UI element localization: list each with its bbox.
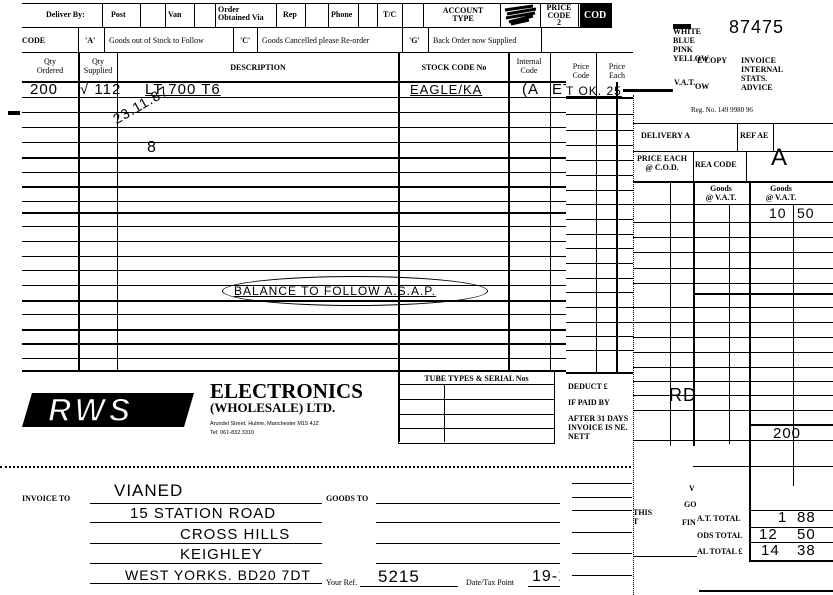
stock-code-value: EAGLE/KA [410,82,482,97]
qty-ordered-header-2: Ordered [22,66,78,75]
code-g-text: Back Order now Supplied [433,36,516,45]
row-line [566,336,636,337]
row-line [699,590,833,592]
area-code-value: A [771,150,788,165]
row-line [572,483,632,484]
row-line [633,237,833,238]
row-line [633,381,833,382]
row-line [633,307,833,308]
row-line [566,322,636,323]
row-line [633,410,833,411]
after-days-label: AFTER 31 DAYS [568,414,628,423]
vat-total-pounds: 1 [778,510,787,525]
address-line [90,522,322,523]
rws-logo: RWS RWS [18,390,198,430]
price-code-header-2: Code [566,71,596,80]
price-code-2-label-3: 2 [541,18,577,27]
invoice-number: 87475 [729,17,784,38]
header-divider [328,3,329,27]
delivery-label: DELIVERY A [641,131,690,140]
header-divider [423,3,424,27]
code-divider [104,27,105,52]
goods-to-line [376,563,566,564]
row-line [566,145,636,146]
v-label: V [689,484,695,493]
svg-text:RWS: RWS [48,392,134,428]
header-bottom-border [22,27,612,28]
deliver-by-label: Deliver By: [46,10,85,19]
row-line [633,352,833,353]
goods-pence: 50 [797,206,815,221]
right-copy: WHITE BLUE PINK YELLOW E COPY V.A.T. OW … [633,0,833,595]
col-line [78,52,80,370]
goods-total-label: ODS TOTAL [697,531,743,540]
internal-code-value: (A [522,82,539,97]
row-line [572,532,632,533]
row-line [572,575,632,576]
invoice-to-line-1: VIANED [114,483,183,498]
row-line [566,114,636,115]
row-line [633,151,833,152]
tear-line [0,466,635,468]
row-line [633,268,833,269]
row-line [22,270,567,271]
row-line [633,222,833,223]
row-line [566,130,636,131]
copy-pink: PINK [673,45,693,54]
row-line [566,372,636,374]
row-line [22,186,567,188]
code-divider [233,27,234,52]
col-line [693,181,695,446]
final-total-pounds: 14 [761,543,780,558]
vat-total-pence: 88 [797,510,816,525]
internal-code-header-2: Code [509,66,549,75]
row-line [633,440,833,441]
after-days-label-3: NETT [568,432,590,441]
row-line [633,123,833,124]
address-line [90,543,322,544]
row-line [399,414,554,415]
row-line [22,112,567,113]
code-row-bottom-border [22,52,567,53]
row-line [22,157,567,159]
row-line [22,226,567,227]
middle-totals-strip [560,470,632,595]
row-line [22,142,567,143]
row-line [633,556,697,557]
stock-code-header: STOCK CODE No [400,63,508,72]
col-line [693,151,694,181]
address-line [90,583,322,584]
invoice-to-line-2: 15 STATION ROAD [130,506,276,521]
extra-value: 200 [773,426,801,441]
invoice-to-line-4: KEIGHLEY [180,547,263,562]
row-line [22,172,567,173]
row-line [566,248,636,249]
address-line [90,563,322,564]
row-line [22,343,567,345]
header-divider [500,3,501,27]
row-line [633,395,833,396]
fin-label: FIN [682,518,696,527]
ref-label: REF AE [740,131,768,140]
row-line [566,175,636,176]
col-line [508,52,510,370]
price-code-1-scribble-icon [503,4,539,26]
qty-supplied-value: √ 112 [80,82,121,97]
header-divider [165,3,166,27]
tube-types-box: TUBE TYPES & SERIAL Nos [398,370,555,444]
qty-ordered-header: Qty [22,57,78,66]
col-line [729,204,730,444]
header-divider [377,3,378,27]
row-line [566,350,636,351]
qty-supplied-header-2: Supplied [79,66,117,75]
punch-mark [8,111,20,115]
company-name: ELECTRONICS [210,380,363,402]
row-line [633,181,833,183]
rep-label: Rep [283,10,297,19]
your-ref-line [360,586,458,587]
row-line [566,219,636,220]
code-a-text: Goods out of Stock to Follow [109,36,204,45]
header-divider [305,3,306,27]
row-line [22,314,567,315]
row-line [572,510,632,511]
invoice-to-line-5: WEST YORKS. BD20 7DT [125,568,311,583]
tc-label: T/C [383,10,396,19]
col-line [616,82,618,372]
address-line [90,503,322,504]
code-divider [428,27,429,52]
header-divider [358,3,359,27]
reg-number: Reg. No. 149 9980 96 [691,106,753,115]
company-address: Arundel Street, Hulme, Manchester M15 4J… [210,421,319,427]
goods-total-pounds: 12 [759,527,778,542]
row-line [572,497,632,498]
row-line [566,204,636,205]
header-divider [215,3,216,27]
totals-line [749,510,833,511]
goods-vat-1-header-2: @ V.A.T. [695,193,747,202]
handwritten-initials: 8 [147,140,157,155]
after-days-label-2: INVOICE IS NE. [568,423,628,432]
col-line [670,181,671,446]
t-label: T [633,517,638,526]
row-line [633,322,833,323]
price-code-header: Price [566,62,596,71]
signature: RD [669,388,697,403]
col-line [737,123,738,151]
vat-label: V.A.T. [674,78,695,87]
code-divider [78,27,79,52]
row-line [22,127,567,128]
price-each-header-2: Each [598,71,636,80]
your-ref-value: 5215 [378,569,420,584]
goods-pounds: 10 [769,206,787,221]
col-line [444,384,445,442]
row-line [633,337,833,338]
header-divider [402,3,403,27]
area-code-label: REA CODE [695,160,737,169]
price-each-header: Price [598,62,636,71]
copy-type-stats: STATS. [741,74,767,83]
col-line [117,52,118,370]
code-divider [402,27,403,52]
price-strip: Price Code Price Each T OK. 25 DEDUCT £ … [566,52,636,444]
invoice-to-line-3: CROSS HILLS [180,527,290,542]
header-divider [194,3,195,27]
copy-blue: BLUE [673,36,695,45]
qty-supplied-header: Qty [79,57,117,66]
date-label: Date/Tax Point [466,578,514,587]
internal-code-header: Internal [509,57,549,66]
company-tel: Tel: 061-832 3310 [210,430,254,436]
header-divider [140,3,141,27]
description-header: DESCRIPTION [118,63,398,72]
van-label: Van [168,10,182,19]
goods-vat-2-header: Goods [748,184,814,193]
go-label: GO [684,500,696,509]
row-line [566,234,636,235]
code-g: 'G' [409,36,420,45]
row-line [566,292,636,293]
row-line [566,190,636,191]
col-line [793,204,794,486]
order-obtained-label-2: Obtained Via [218,13,264,22]
col-line [749,466,751,561]
row-line [633,252,833,253]
phone-label: Phone [331,10,352,19]
copy-mark [623,89,673,92]
price-each-cod-label: PRICE EACH [633,154,691,163]
goods-vat-1-header: Goods [695,184,747,193]
copy-type-internal: INTERNAL [741,65,783,74]
row-line [633,367,833,368]
row-line [693,293,833,295]
vat-total-label: A.T. TOTAL [697,514,741,523]
company-name-2: (WHOLESALE) LTD. [210,401,335,415]
deduct-label: DEDUCT £ [568,382,608,391]
qty-ordered-value: 200 [30,82,58,97]
ow-label: OW [695,82,709,91]
cod-label: COD [584,10,606,21]
code-divider [257,27,258,52]
totals-line [749,560,833,562]
row-line [566,278,636,279]
goods-vat-2-header-2: @ V.A.T. [748,193,814,202]
row-line [633,283,833,284]
copy-label: E COPY [697,56,727,65]
invoice-to-label: INVOICE TO [22,494,70,503]
row-line [22,212,567,214]
code-a: 'A' [85,36,95,45]
post-label: Post [111,10,126,19]
col-line [550,52,551,370]
row-line [22,358,567,359]
col-line [746,151,747,181]
balance-note: BALANCE TO FOLLOW A.S.A.P. [234,284,436,299]
row-line [22,241,567,242]
row-line [399,384,554,385]
goods-to-label: GOODS TO [326,494,368,503]
row-line [566,307,636,308]
row-line [22,329,567,331]
row-line [566,97,636,99]
account-type-label-2: TYPE [427,14,499,23]
row-line [693,466,833,467]
code-c: 'C' [240,36,250,45]
copy-type-invoice: INVOICE [741,56,776,65]
header-divider [102,3,103,27]
goods-to-line [376,503,566,504]
header-divider [276,3,277,27]
tube-types-label: TUBE TYPES & SERIAL Nos [399,374,554,383]
row-line [566,160,636,161]
code-c-text: Goods Cancelled please Re-order [262,36,369,45]
row-line [399,428,554,429]
goods-to-line [376,522,566,523]
final-total-pence: 38 [797,543,816,558]
col-line [596,52,597,372]
row-line [399,399,554,400]
row-line [566,263,636,264]
your-ref-label: Your Ref. [326,578,357,587]
row-line [22,201,567,202]
row-line [566,52,636,53]
goods-total-pence: 50 [797,527,816,542]
if-paid-by-label: IF PAID BY [568,398,610,407]
copy-type-advice: ADVICE [741,83,773,92]
header-divider [578,3,579,27]
price-each-cod-label-2: @ C.O.D. [633,163,691,172]
code-label: CODE [22,36,45,45]
row-line [572,553,632,554]
final-total-label: AL TOTAL £ [697,547,742,556]
this-label: THIS [633,508,652,517]
row-line [22,256,567,257]
goods-to-line [376,543,566,544]
copy-white: WHITE [673,27,701,36]
code-divider [541,27,542,52]
